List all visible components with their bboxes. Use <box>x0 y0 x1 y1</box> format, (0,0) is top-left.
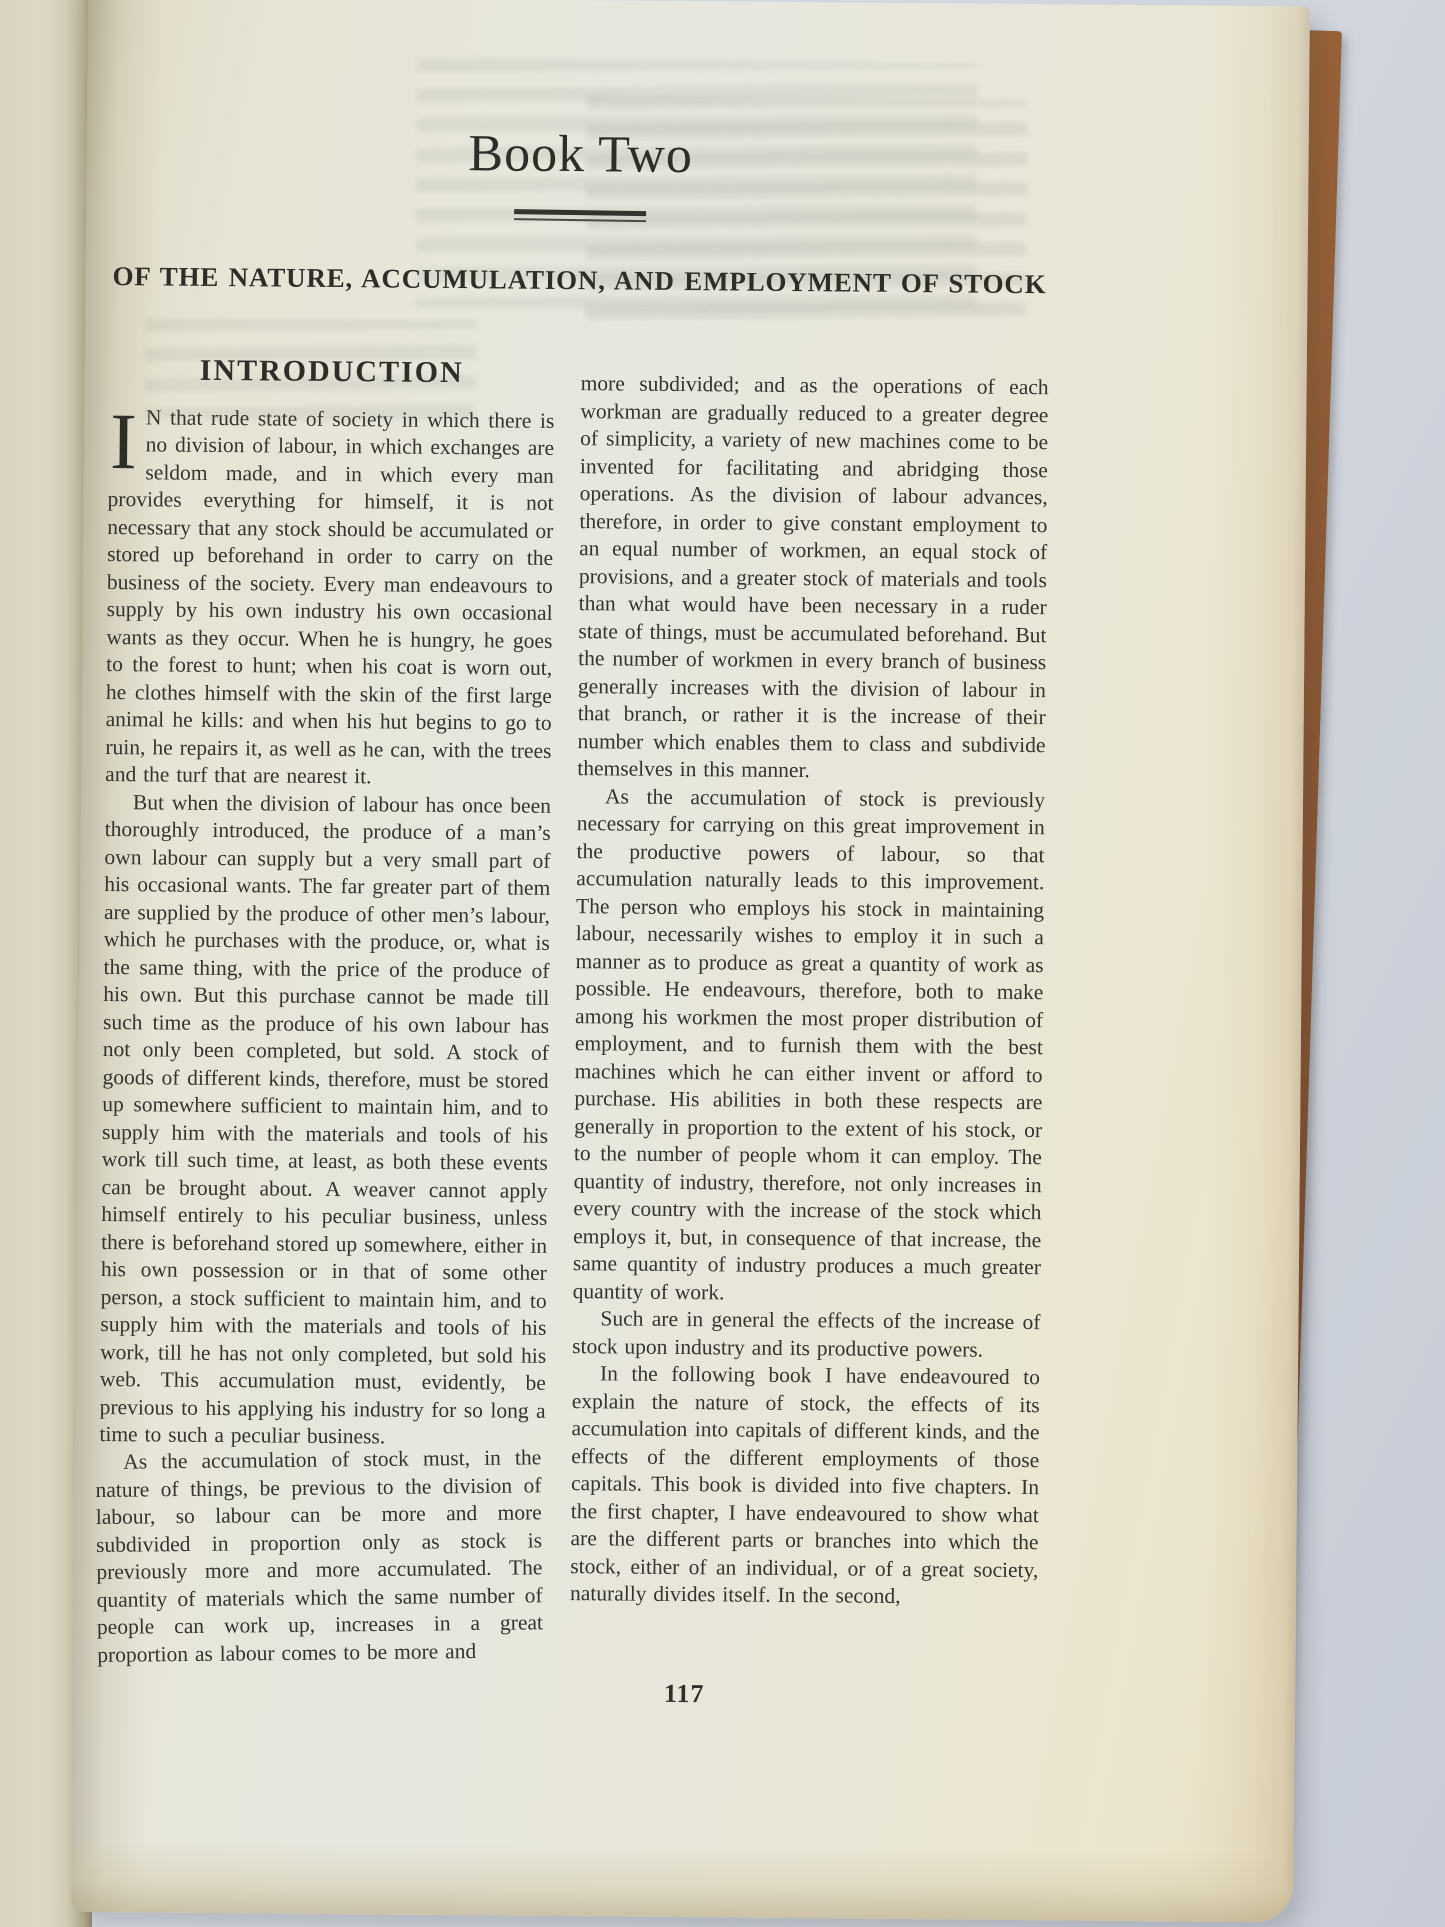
title-rule <box>514 209 646 222</box>
paragraph: But when the division of labour has once… <box>99 789 551 1453</box>
paragraph: As the accumulation of stock is previous… <box>573 783 1046 1310</box>
paragraph: In the following book I have endeavoured… <box>570 1360 1040 1612</box>
paragraph: IN that rude state of society in which t… <box>105 404 554 793</box>
text-columns: INTRODUCTION IN that rude state of socie… <box>97 356 1048 1677</box>
book-subtitle: OF THE NATURE, ACCUMULATION, AND EMPLOYM… <box>109 261 1049 300</box>
paragraph: more subdivided; and as the operations o… <box>577 370 1049 787</box>
page-bottom-edge <box>71 1840 1294 1923</box>
drop-cap: I <box>108 404 146 474</box>
column-right: more subdivided; and as the operations o… <box>569 360 1048 1677</box>
page-number: 117 <box>73 1674 1295 1715</box>
column-left: INTRODUCTION IN that rude state of socie… <box>97 356 554 1672</box>
page-content: Book Two OF THE NATURE, ACCUMULATION, AN… <box>97 0 1052 1677</box>
book-page: Book Two OF THE NATURE, ACCUMULATION, AN… <box>71 0 1310 1922</box>
page-fore-edge-shading <box>1198 6 1310 1923</box>
book-title: Book Two <box>110 122 1050 188</box>
paragraph: As the accumulation of stock must, in th… <box>95 1444 543 1669</box>
paragraph-text: N that rude state of society in which th… <box>105 405 554 788</box>
paragraph: Such are in general the effects of the i… <box>572 1305 1040 1364</box>
section-heading: INTRODUCTION <box>109 356 555 387</box>
